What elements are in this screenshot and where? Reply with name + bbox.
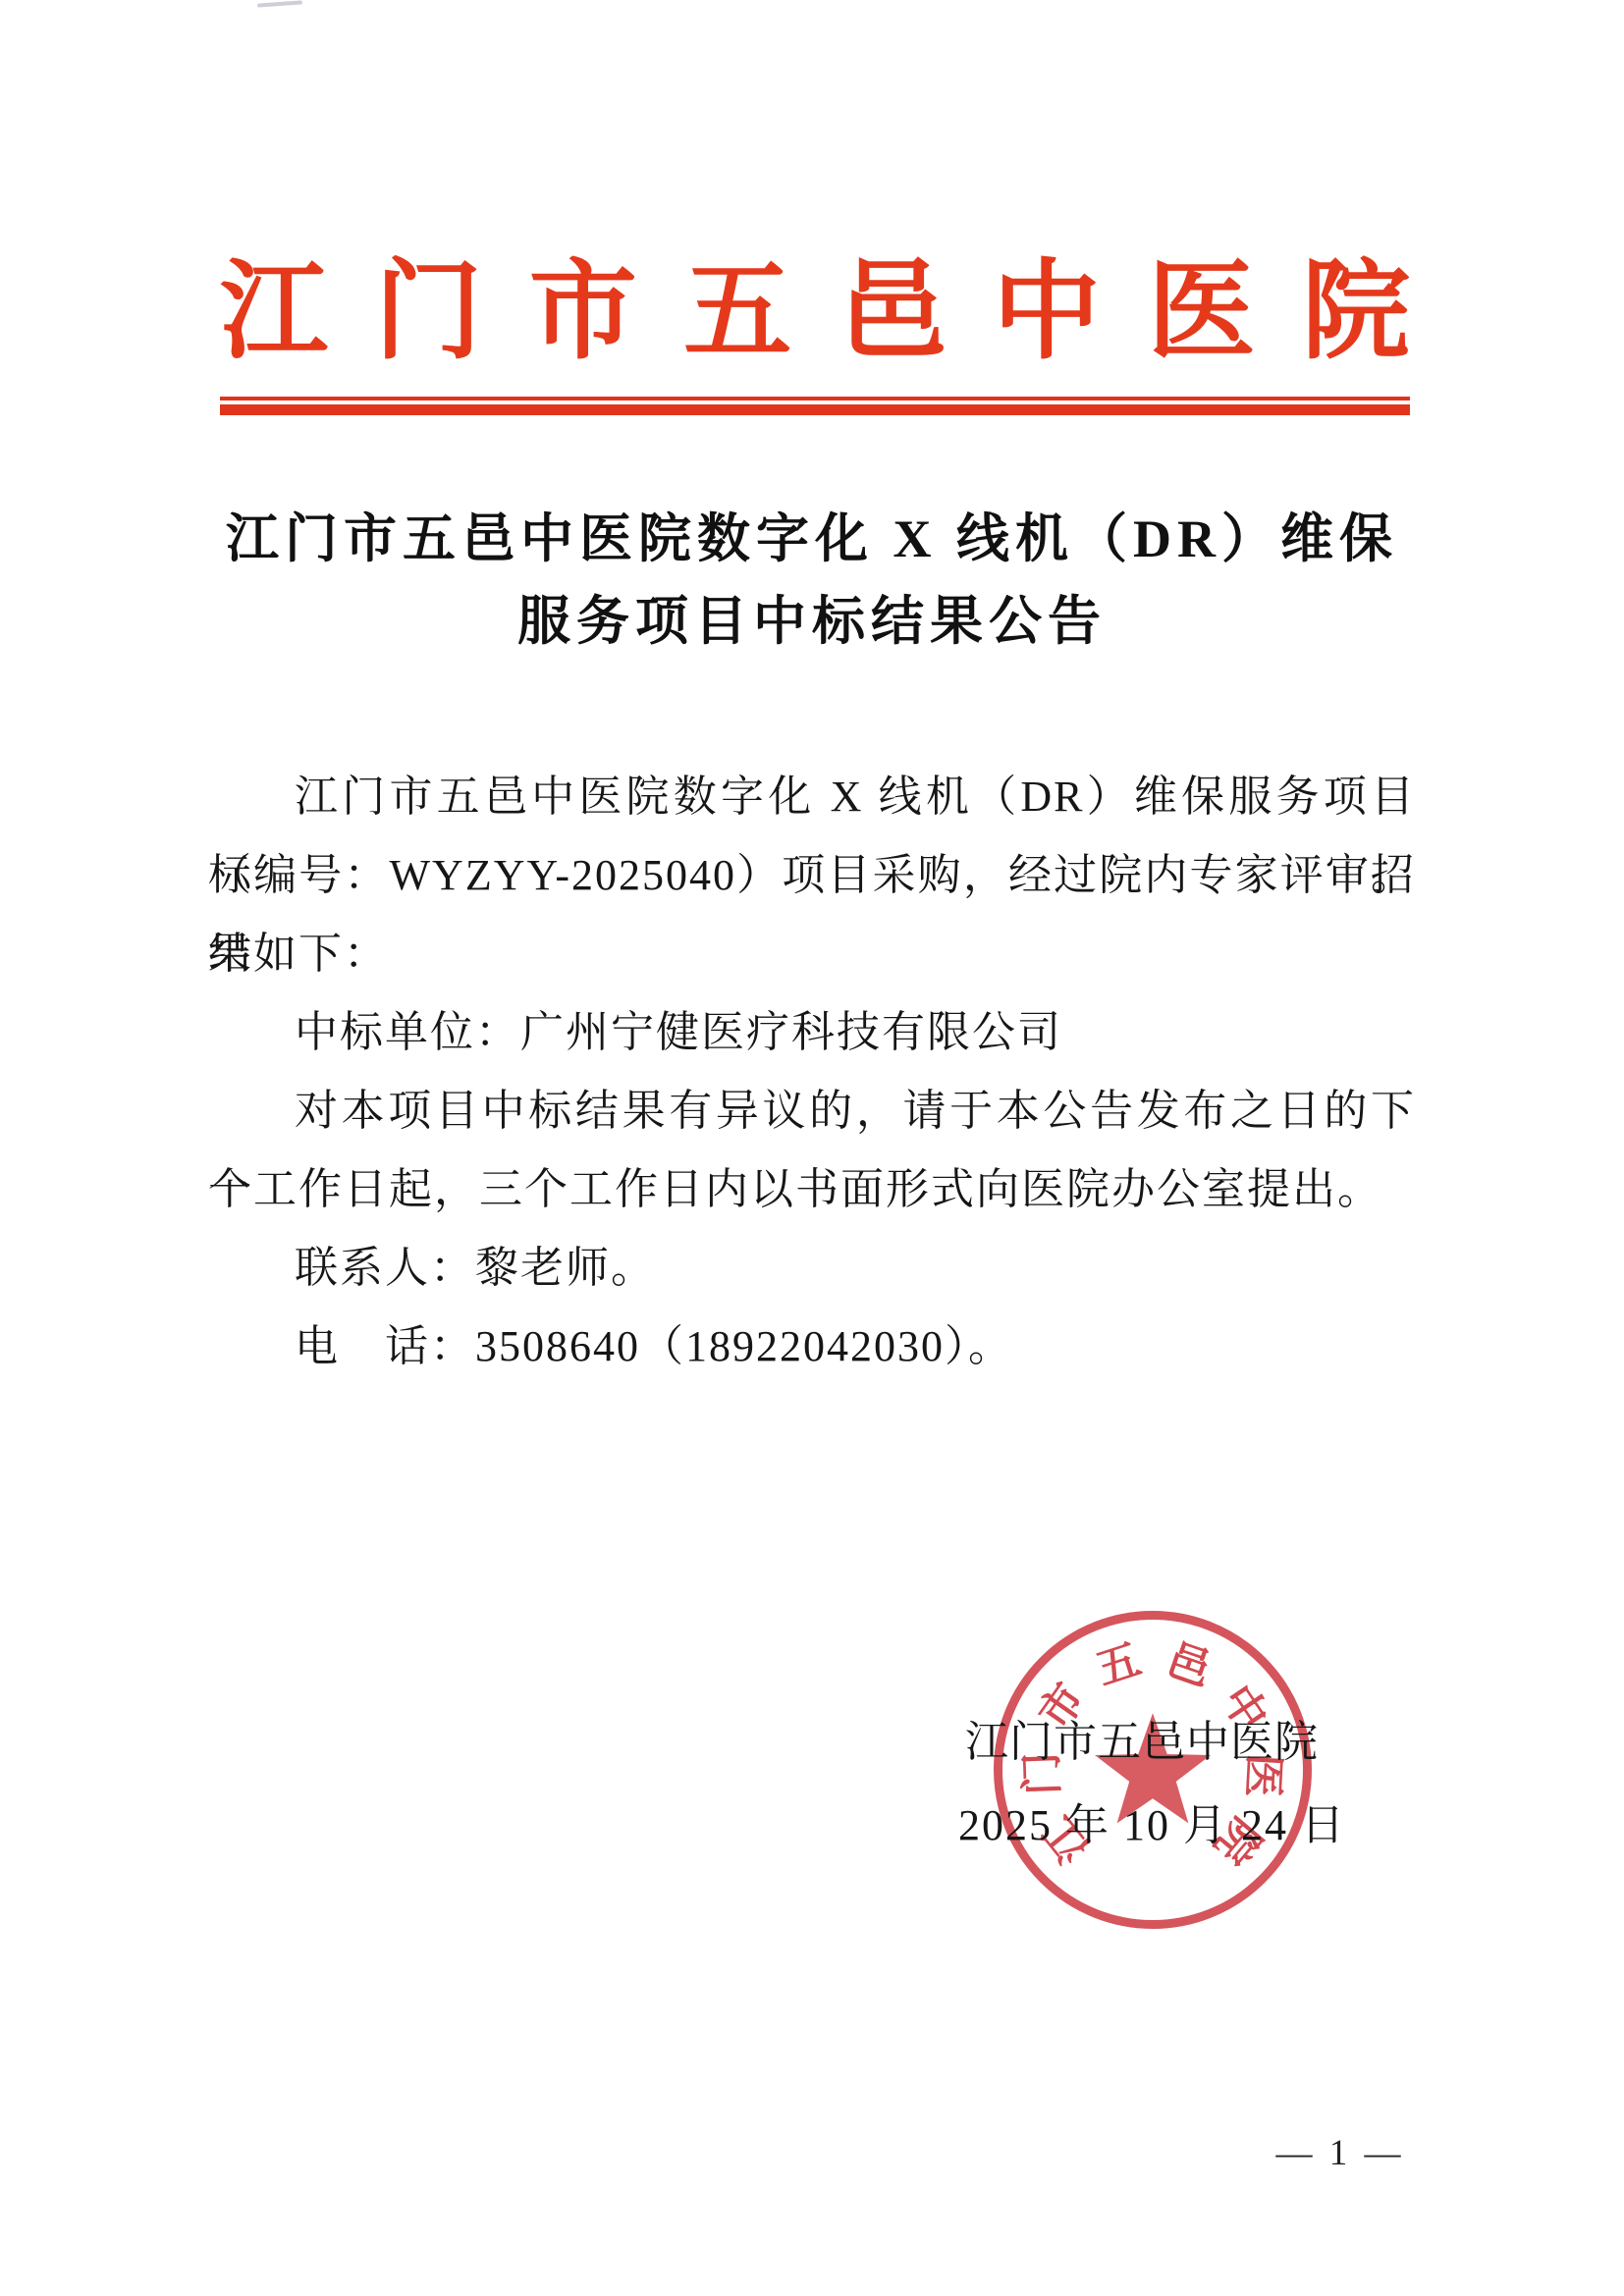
letterhead-char: 邑 xyxy=(839,253,947,371)
seal-arc-char: 邑 xyxy=(1160,1637,1217,1694)
document-title-line1: 江门市五邑中医院数字化 X 线机（DR）维保 xyxy=(0,498,1624,580)
page-number: — 1 — xyxy=(1257,2132,1424,2174)
body-line: 电 话：3508640（18922042030）。 xyxy=(208,1308,1416,1386)
letterhead-char: 市 xyxy=(529,253,637,371)
letterhead-char: 五 xyxy=(683,253,791,371)
document-title: 江门市五邑中医院数字化 X 线机（DR）维保 服务项目中标结果公告 xyxy=(0,498,1624,663)
body-line: 中标单位：广州宁健医疗科技有限公司 xyxy=(208,993,1416,1072)
body-line: 江门市五邑中医院数字化 X 线机（DR）维保服务项目（招 xyxy=(208,758,1416,836)
letterhead-divider-thick xyxy=(220,404,1410,415)
document-page: 江 门 市 五 邑 中 医 院 江门市五邑中医院数字化 X 线机（DR）维保 服… xyxy=(0,0,1624,2296)
scan-smudge xyxy=(257,0,302,7)
body-line: 标编号：WYZYY-2025040）项目采购，经过院内专家评审。结 xyxy=(208,836,1416,915)
signature-org: 江门市五邑中医院 xyxy=(965,1721,1319,1764)
seal-arc-char: 五 xyxy=(1090,1637,1147,1694)
body-line: 个工作日起，三个工作日内以书面形式向医院办公室提出。 xyxy=(208,1150,1416,1229)
signature-date: 2025 年 10 月 24 日 xyxy=(958,1804,1346,1847)
letterhead-char: 医 xyxy=(1148,253,1256,371)
letterhead-hospital-name: 江 门 市 五 邑 中 医 院 xyxy=(220,253,1410,371)
document-title-line2: 服务项目中标结果公告 xyxy=(0,580,1624,663)
official-seal: 江 门 市 五 邑 中 医 院 xyxy=(994,1611,1312,1929)
body-line: 果如下： xyxy=(208,915,1416,993)
body-line: 联系人：黎老师。 xyxy=(208,1229,1416,1308)
letterhead-divider-thin xyxy=(220,397,1410,400)
letterhead-char: 中 xyxy=(993,253,1101,371)
letterhead-char: 院 xyxy=(1302,253,1410,371)
body-line: 对本项目中标结果有异议的，请于本公告发布之日的下一 xyxy=(208,1072,1416,1150)
letterhead-char: 江 xyxy=(220,253,328,371)
body-text: 江门市五邑中医院数字化 X 线机（DR）维保服务项目（招 标编号：WYZYY-2… xyxy=(208,758,1416,1386)
letterhead-char: 门 xyxy=(374,253,482,371)
